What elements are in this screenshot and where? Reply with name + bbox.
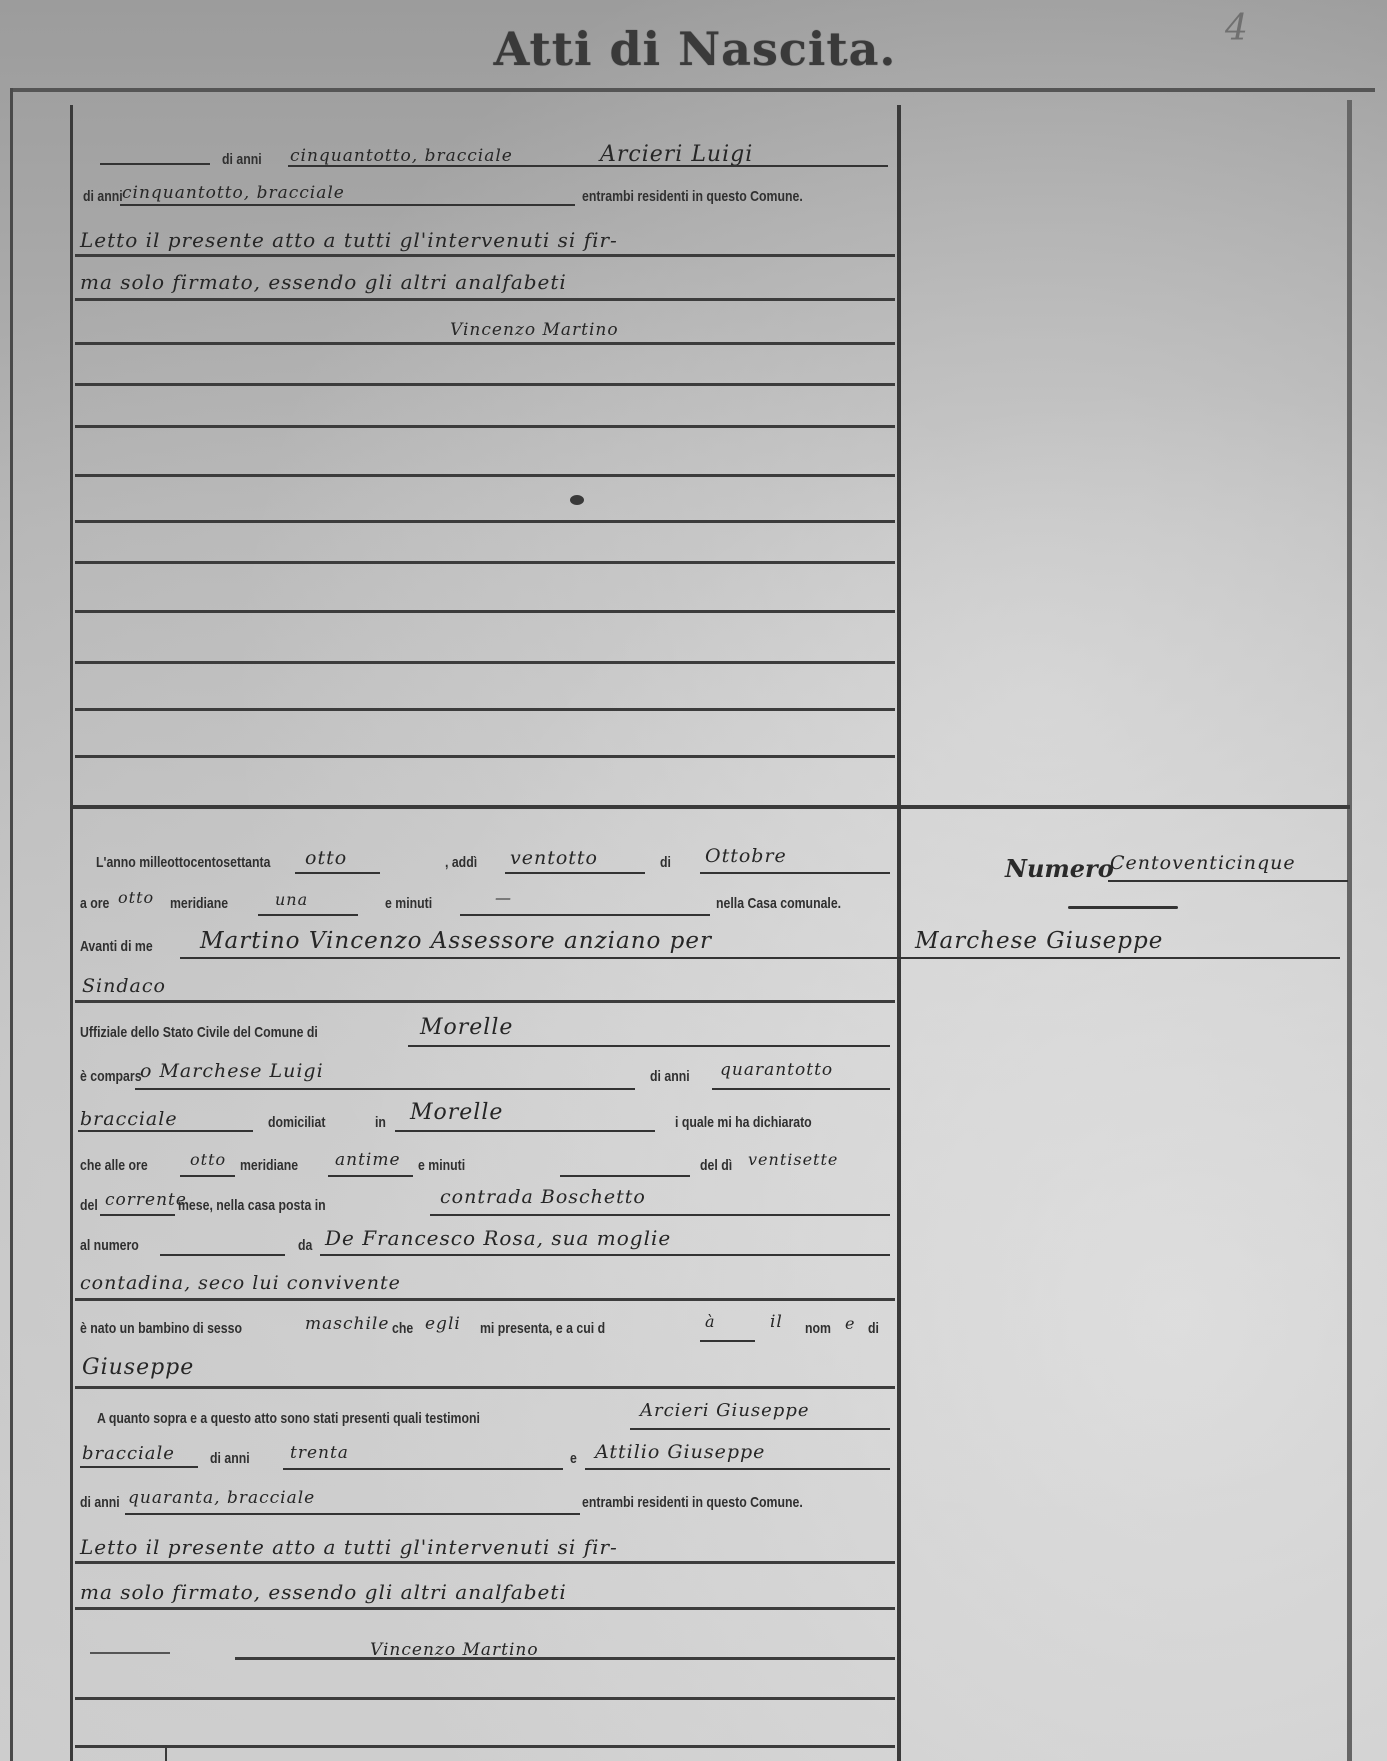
closing-text-handwritten: ma solo firmato, essendo gli altri analf…	[80, 270, 567, 294]
label-presenta: mi presenta, e a cui d	[480, 1320, 605, 1337]
label-compars: è compars	[80, 1068, 142, 1085]
field-underline	[100, 1214, 175, 1216]
field-underline	[460, 914, 710, 916]
day-handwritten: ventotto	[510, 847, 598, 869]
domicile-handwritten: Morelle	[410, 1100, 503, 1125]
birth-meridiane-handwritten: antime	[335, 1150, 401, 1170]
field-underline	[78, 1130, 253, 1132]
ruled-line	[75, 1697, 895, 1700]
corner-page-mark: 4	[1225, 8, 1248, 49]
field-underline	[712, 1088, 890, 1090]
ruled-line	[75, 298, 895, 301]
field-underline	[430, 1214, 890, 1216]
address-handwritten: contrada Boschetto	[440, 1186, 646, 1208]
year-handwritten: otto	[305, 847, 347, 869]
label-nato-bambino: è nato un bambino di sesso	[80, 1320, 242, 1337]
officer-signature: Vincenzo Martino	[450, 320, 619, 340]
label-che-alle-ore: che alle ore	[80, 1157, 148, 1174]
field-underline	[258, 914, 358, 916]
label-residents: entrambi residenti in questo Comune.	[582, 1494, 803, 1511]
ruled-line	[75, 254, 895, 257]
numero-flourish	[1068, 906, 1178, 909]
hour-handwritten: otto	[118, 888, 154, 907]
label-di: di	[868, 1320, 879, 1337]
act-number-handwritten: Centoventicinque	[1110, 852, 1296, 874]
field-underline	[120, 204, 575, 206]
ruled-line	[75, 708, 895, 711]
field-underline	[80, 1466, 198, 1468]
numero-label: Numero	[1005, 854, 1114, 883]
da-handwritten: à	[705, 1312, 716, 1331]
meridiane-handwritten: una	[275, 890, 308, 909]
label-year: L'anno milleottocentosettanta	[96, 854, 270, 871]
mother-handwritten-cont: contadina, seco lui convivente	[80, 1272, 401, 1294]
field-underline	[560, 1175, 690, 1177]
ruled-line	[75, 755, 895, 758]
field-underline	[180, 1175, 235, 1177]
nome-suffix-handwritten: e	[845, 1314, 855, 1333]
ruled-line	[235, 1657, 895, 1660]
ruled-line	[75, 561, 895, 564]
ruled-line	[75, 425, 895, 428]
ruled-line	[75, 610, 895, 613]
label-testimoni: A quanto sopra e a questo atto sono stat…	[97, 1410, 480, 1427]
profession-handwritten: bracciale	[80, 1108, 178, 1130]
label-di: di	[660, 854, 671, 871]
field-underline	[700, 872, 890, 874]
label-di-anni: di anni	[210, 1450, 250, 1467]
age-handwritten: quarantotto	[720, 1060, 833, 1080]
field-underline	[395, 1130, 655, 1132]
ink-spot	[570, 495, 584, 505]
frame-left-inner-line	[70, 105, 73, 1761]
witness1-profession-handwritten: bracciale	[82, 1443, 175, 1464]
ruled-line	[75, 1386, 895, 1389]
officer-handwritten-cont: Sindaco	[82, 975, 166, 997]
label-in: in	[375, 1114, 386, 1131]
label-nome: nom	[805, 1320, 831, 1337]
birth-month-handwritten: corrente	[105, 1190, 187, 1210]
label-minuti: e minuti	[385, 895, 432, 912]
frame-left-outer-line	[10, 88, 13, 1761]
closing-text-handwritten: Letto il presente atto a tutti gl'interv…	[80, 228, 618, 252]
ruled-line	[75, 1000, 895, 1003]
witness2-handwritten: Attilio Giuseppe	[595, 1441, 765, 1463]
column-divider-line	[897, 105, 901, 1761]
witness-name-handwritten: Arcieri Luigi	[600, 142, 753, 167]
birth-day-handwritten: ventisette	[748, 1150, 838, 1169]
sex-handwritten: maschile	[305, 1314, 389, 1334]
ruled-line	[75, 661, 895, 664]
label-meridiane: meridiane	[170, 895, 228, 912]
field-underline	[135, 1088, 635, 1090]
label-quale-dichiarato: i quale mi ha dichiarato	[675, 1114, 812, 1131]
label-di-anni: di anni	[650, 1068, 690, 1085]
label-di-anni: di anni	[83, 188, 123, 205]
field-underline	[408, 1045, 890, 1047]
field-underline	[328, 1175, 413, 1177]
witness1-handwritten: Arcieri Giuseppe	[640, 1400, 810, 1421]
label-che: che	[392, 1320, 413, 1337]
officer-handwritten: Martino Vincenzo Assessore anziano per	[200, 928, 712, 954]
label-del-di: del dì	[700, 1157, 732, 1174]
label-avanti-di-me: Avanti di me	[80, 938, 153, 955]
closing-text-handwritten: ma solo firmato, essendo gli altri analf…	[80, 1580, 567, 1604]
closing-text-handwritten: Letto il presente atto a tutti gl'interv…	[80, 1535, 618, 1559]
ruled-line	[75, 520, 895, 523]
label-meridiane: meridiane	[240, 1157, 298, 1174]
month-handwritten: Ottobre	[705, 845, 787, 867]
field-underline	[320, 1254, 890, 1256]
frame-top-line	[10, 88, 1375, 92]
field-underline	[180, 957, 1340, 959]
age-handwritten: cinquantotto, bracciale	[122, 183, 345, 203]
field-underline	[125, 1513, 580, 1515]
comune-handwritten: Morelle	[420, 1015, 513, 1040]
label-ore: a ore	[80, 895, 109, 912]
label-uffiziale: Uffiziale dello Stato Civile del Comune …	[80, 1024, 318, 1041]
dashed-blank	[90, 1652, 170, 1654]
ruled-line	[75, 1561, 895, 1564]
label-da: da	[298, 1237, 312, 1254]
age-handwritten: cinquantotto, bracciale	[290, 146, 513, 166]
label-casa-comunale: nella Casa comunale.	[716, 895, 841, 912]
ruled-line	[75, 1298, 895, 1301]
declarant-handwritten: o Marchese Luigi	[140, 1060, 324, 1082]
field-underline	[505, 872, 645, 874]
mother-handwritten: De Francesco Rosa, sua moglie	[325, 1226, 671, 1250]
field-underline	[283, 1468, 563, 1470]
ruled-line	[75, 474, 895, 477]
field-underline	[160, 1254, 285, 1256]
field-underline	[630, 1428, 890, 1430]
field-underline	[295, 872, 380, 874]
label-residents: entrambi residenti in questo Comune.	[582, 188, 803, 205]
field-underline	[1108, 880, 1348, 882]
label-al-numero: al numero	[80, 1237, 139, 1254]
field-underline	[585, 1468, 890, 1470]
bottom-stub-line	[165, 1745, 167, 1761]
label-del: del	[80, 1197, 98, 1214]
ruled-line	[75, 1745, 895, 1748]
ruled-line	[75, 342, 895, 345]
field-underline	[700, 1340, 755, 1342]
label-di-anni: di anni	[80, 1494, 120, 1511]
ruled-line	[75, 1607, 895, 1610]
birth-hour-handwritten: otto	[190, 1150, 226, 1169]
frame-right-line	[1347, 100, 1352, 1761]
witness1-age-handwritten: trenta	[290, 1443, 349, 1463]
label-minuti: e minuti	[418, 1157, 465, 1174]
child-name-handwritten: Giuseppe	[82, 1355, 194, 1380]
witness2-age-handwritten: quaranta, bracciale	[128, 1488, 315, 1508]
il-handwritten: il	[770, 1312, 783, 1332]
label-domiciliat: domiciliat	[268, 1114, 325, 1131]
margin-name-handwritten: Marchese Giuseppe	[915, 928, 1163, 954]
che-handwritten: egli	[425, 1314, 461, 1334]
label-addi: , addì	[445, 854, 477, 871]
ruled-line	[75, 383, 895, 386]
label-casa-posta: mese, nella casa posta in	[178, 1197, 326, 1214]
label-di-anni: di anni	[222, 151, 262, 168]
label-e: e	[570, 1450, 577, 1467]
act-separator-line	[70, 805, 1350, 809]
minutes-handwritten: —	[495, 888, 512, 907]
blank-field	[100, 163, 210, 165]
register-title: Atti di Nascita.	[455, 22, 935, 76]
field-underline	[288, 165, 888, 167]
